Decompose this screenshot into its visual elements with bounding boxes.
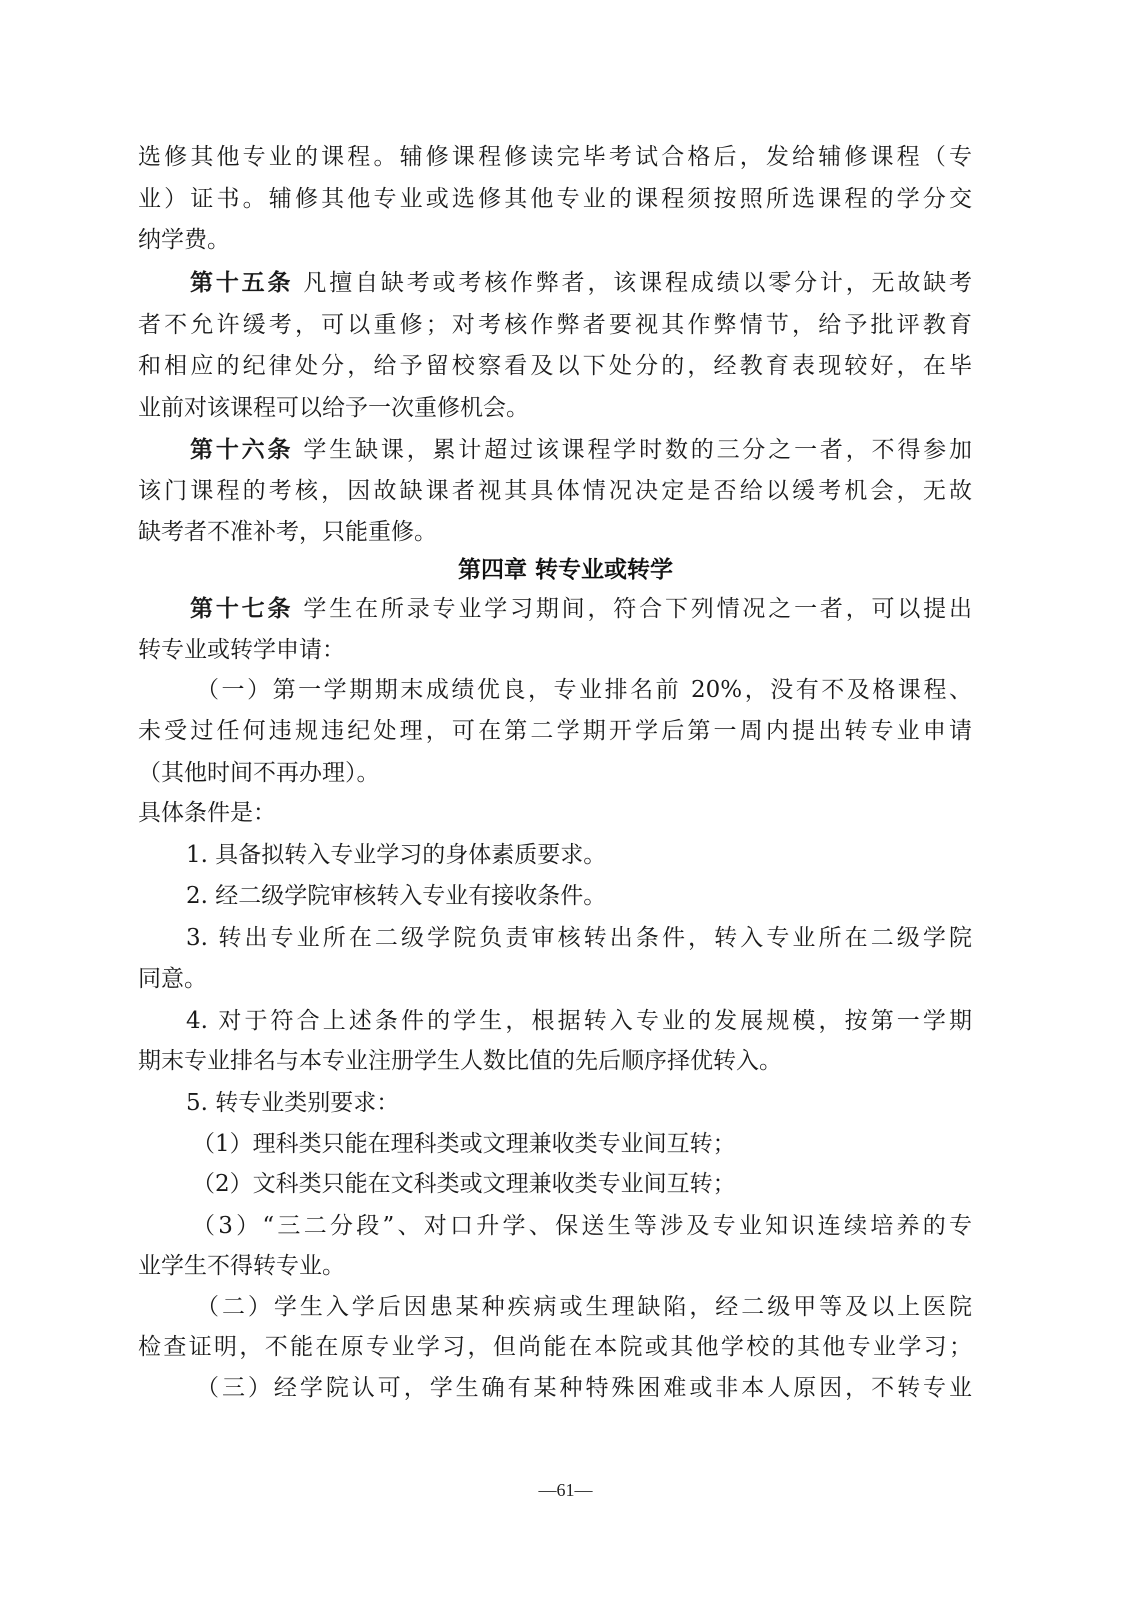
text-line: 选修其他专业的课程。辅修课程修读完毕考试合格后，发给辅修课程（专	[138, 140, 972, 174]
text-line: 业前对该课程可以给予一次重修机会。	[138, 391, 972, 425]
text-line: 者不允许缓考，可以重修；对考核作弊者要视其作弊情节，给予批评教育	[138, 308, 972, 342]
text-line: 同意。	[138, 962, 972, 996]
text-line: 缺考者不准补考，只能重修。	[138, 515, 972, 549]
text-line: （二）学生入学后因患某种疾病或生理缺陷，经二级甲等及以上医院	[196, 1290, 972, 1324]
text-line: 未受过任何违规违纪处理，可在第二学期开学后第一周内提出转专业申请	[138, 714, 972, 748]
list-item: 2. 经二级学院审核转入专业有接收条件。	[186, 879, 972, 913]
article-label: 第十五条	[190, 270, 293, 296]
article-15-line: 第十五条 凡擅自缺考或考核作弊者，该课程成绩以零分计，无故缺考	[190, 266, 972, 300]
sub-item: （3）“三二分段”、对口升学、保送生等涉及专业知识连续培养的专	[192, 1209, 972, 1243]
document-page: 选修其他专业的课程。辅修课程修读完毕考试合格后，发给辅修课程（专 业）证书。辅修…	[0, 0, 1131, 1600]
text-line: 期末专业排名与本专业注册学生人数比值的先后顺序择优转入。	[138, 1044, 972, 1078]
article-17-line: 第十七条 学生在所录专业学习期间，符合下列情况之一者，可以提出	[190, 592, 972, 626]
text-line: 具体条件是：	[138, 796, 972, 830]
text-line: 转专业或转学申请：	[138, 633, 972, 667]
text-line: 业学生不得转专业。	[138, 1249, 972, 1283]
text-line: （其他时间不再办理）。	[138, 756, 972, 790]
text-line: 和相应的纪律处分，给予留校察看及以下处分的，经教育表现较好，在毕	[138, 349, 972, 383]
chapter-heading: 第四章 转专业或转学	[0, 553, 1131, 587]
sub-item: （1）理科类只能在理科类或文理兼收类专业间互转；	[192, 1127, 972, 1161]
page-number: —61—	[0, 1480, 1131, 1501]
article-16-line: 第十六条 学生缺课，累计超过该课程学时数的三分之一者，不得参加	[190, 433, 972, 467]
sub-item: （2）文科类只能在文科类或文理兼收类专业间互转；	[192, 1167, 972, 1201]
text-line: 该门课程的考核，因故缺课者视其具体情况决定是否给以缓考机会，无故	[138, 474, 972, 508]
text-line: 检查证明，不能在原专业学习，但尚能在本院或其他学校的其他专业学习；	[138, 1330, 972, 1364]
text-line: （一）第一学期期末成绩优良，专业排名前 20%，没有不及格课程、	[196, 673, 972, 707]
text-line: 纳学费。	[138, 223, 972, 257]
text-line: （三）经学院认可，学生确有某种特殊困难或非本人原因，不转专业	[196, 1371, 972, 1405]
list-item: 1. 具备拟转入专业学习的身体素质要求。	[186, 838, 972, 872]
article-label: 第十六条	[190, 437, 293, 463]
article-label: 第十七条	[190, 596, 293, 622]
list-item: 3. 转出专业所在二级学院负责审核转出条件，转入专业所在二级学院	[186, 921, 972, 955]
text-line: 业）证书。辅修其他专业或选修其他专业的课程须按照所选课程的学分交	[138, 182, 972, 216]
list-item: 4. 对于符合上述条件的学生，根据转入专业的发展规模，按第一学期	[186, 1004, 972, 1038]
list-item: 5. 转专业类别要求：	[186, 1086, 972, 1120]
